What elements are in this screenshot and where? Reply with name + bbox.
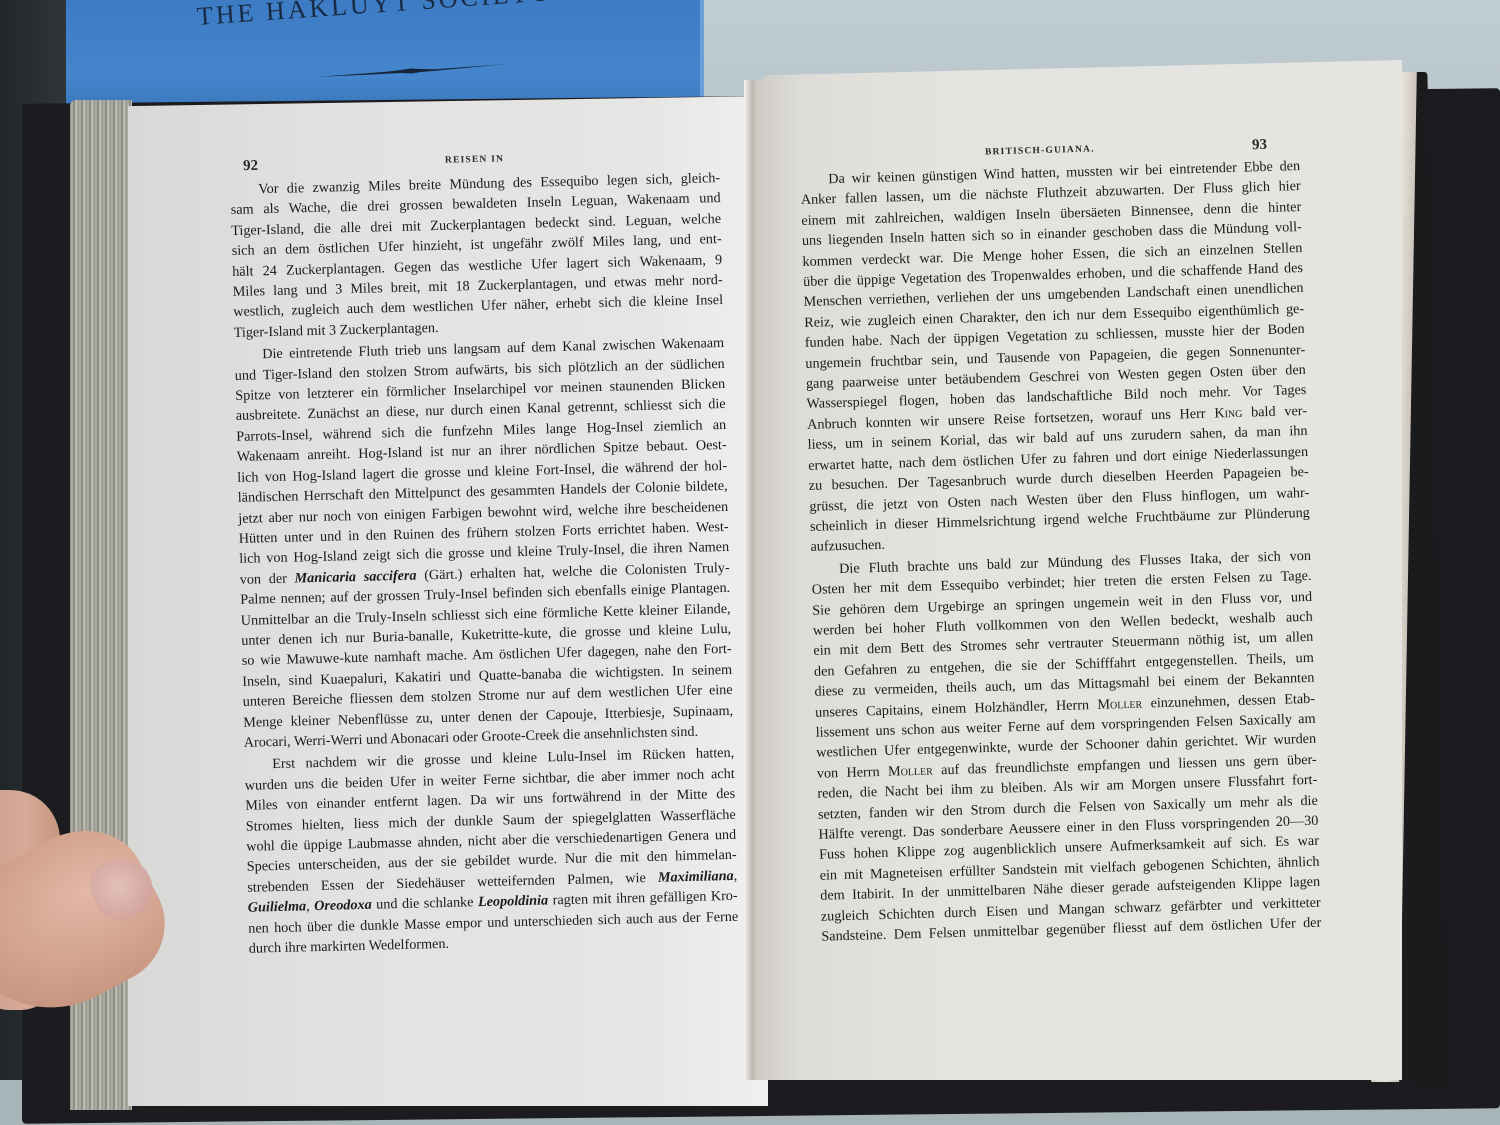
left-page-body-text: Vor die zwanzig Miles breite Mündung des… <box>230 168 739 961</box>
hakluyt-book-title: THE HAKLUYT SOCIETY <box>196 0 553 32</box>
running-head-left: REISEN IN <box>445 154 504 165</box>
page-number-right: 93 <box>1252 137 1267 154</box>
right-page-body-text: Da wir keinen günstigen Wind hatten, mus… <box>800 156 1322 947</box>
page-number-left: 92 <box>243 158 258 175</box>
photo-scene: THE HAKLUYT SOCIETY 92 REISEN IN BRITISC… <box>0 0 1500 1125</box>
book-gutter <box>744 80 758 1080</box>
ornament-rule-icon <box>316 63 506 79</box>
hakluyt-society-book: THE HAKLUYT SOCIETY <box>66 0 700 110</box>
